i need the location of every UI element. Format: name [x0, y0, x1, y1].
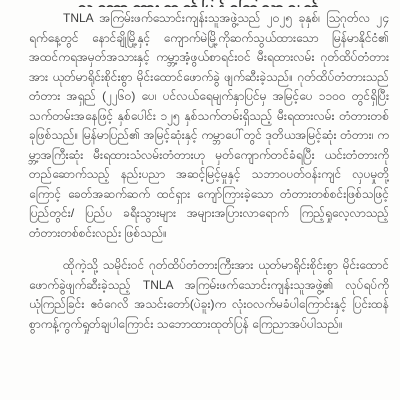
clipped-heading-text: သဘောထားထုတ်ပြန်ကြေညာချက် — [78, 0, 323, 7]
clipped-heading: သဘောထားထုတ်ပြန်ကြေညာချက် — [0, 0, 400, 7]
document-page: သဘောထားထုတ်ပြန်ကြေညာချက် TNLA အကြမ်းဖက်သ… — [0, 0, 400, 400]
document-body: TNLA အကြမ်းဖက်သောင်းကျန်းသူအဖွဲ့သည် ၂၀၂၅… — [0, 9, 400, 347]
paragraph-2: ထိုကဲ့သို့ သမိုင်းဝင် ဂုတ်ထိပ်တံတားကြီးအ… — [29, 256, 389, 334]
paragraph-1: TNLA အကြမ်းဖက်သောင်းကျန်းသူအဖွဲ့သည် ၂၀၂၅… — [29, 9, 389, 243]
